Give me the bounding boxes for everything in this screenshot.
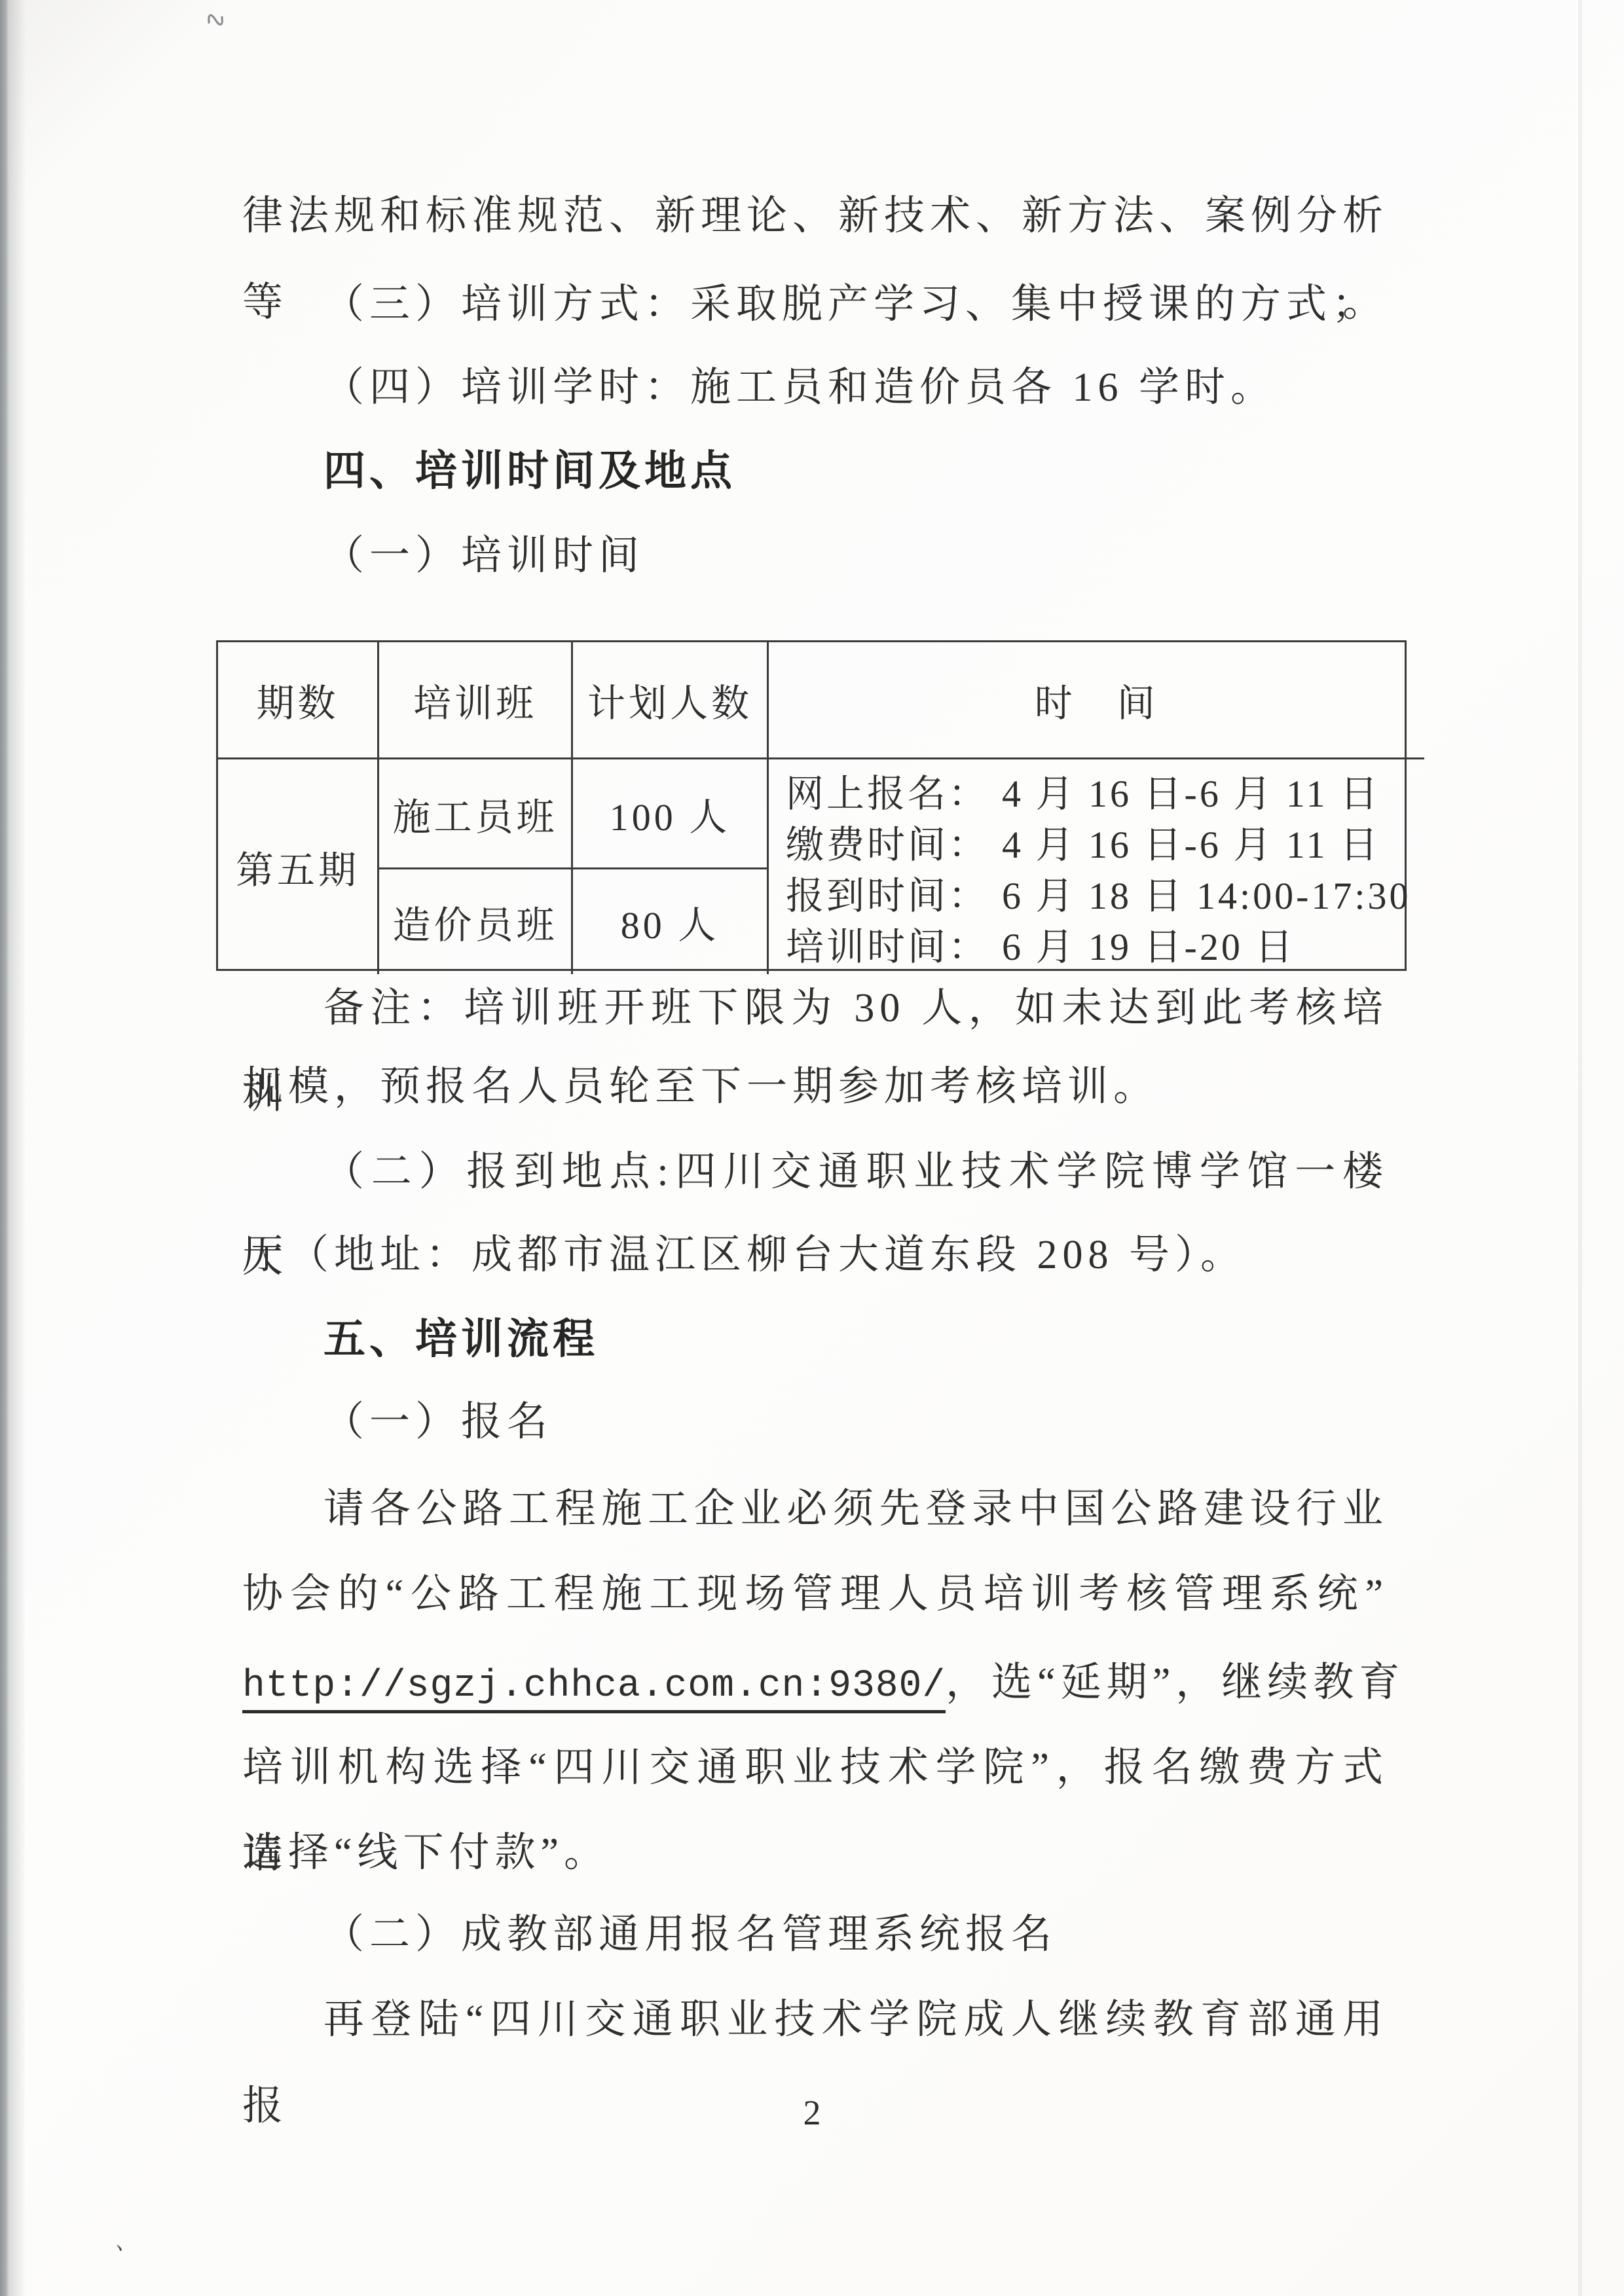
page-number: 2 — [0, 2092, 1624, 2133]
scan-streak — [1578, 0, 1582, 2296]
table-header-time: 时 间 — [767, 642, 1424, 757]
schedule-label: 培训时间： — [786, 916, 1002, 971]
table-cell-class-2: 造价员班 — [377, 867, 571, 974]
table-header-period: 期数 — [218, 642, 377, 757]
registration-url: http://sgzj.chhca.com.cn:9380/ — [242, 1665, 946, 1713]
body-line: （三）培训方式：采取脱产学习、集中授课的方式； — [242, 261, 1388, 348]
table-cell-count-2: 80 人 — [571, 867, 767, 974]
table-cell-schedule: 网上报名： 4 月 16 日-6 月 11 日 缴费时间： 4 月 16 日-6… — [767, 757, 1424, 974]
schedule-value: 4 月 16 日-6 月 11 日 — [1002, 763, 1380, 818]
body-line: 协会的“公路工程施工现场管理人员培训考核管理系统” — [242, 1551, 1388, 1637]
table-cell-count-1: 100 人 — [571, 757, 767, 867]
scan-edge-band — [0, 0, 9, 2296]
table-header-count: 计划人数 — [571, 642, 767, 757]
schedule-row: 网上报名： 4 月 16 日-6 月 11 日 — [786, 765, 1411, 816]
table-cell-period: 第五期 — [218, 757, 377, 974]
subsection-label: （二）成教部通用报名管理系统报名 — [242, 1891, 1388, 1978]
schedule-row: 培训时间： 6 月 19 日-20 日 — [786, 918, 1411, 969]
scan-artifact: ∿ — [200, 1, 231, 38]
table-cell-class-1: 施工员班 — [377, 757, 571, 867]
subsection-label: （一）培训时间 — [242, 513, 1388, 599]
schedule-value: 6 月 19 日-20 日 — [1002, 916, 1295, 971]
body-line: （四）培训学时：施工员和造价员各 16 学时。 — [242, 344, 1388, 431]
scan-artifact: 、 — [115, 2223, 141, 2258]
note-line: 规模，预报名人员轮至下一期参加考核培训。 — [242, 1044, 1388, 1130]
scan-edge-shadow — [9, 0, 26, 2296]
body-line: 请各公路工程施工企业必须先登录中国公路建设行业 — [242, 1466, 1388, 1552]
schedule-value: 4 月 16 日-6 月 11 日 — [1002, 814, 1380, 869]
section-heading-4: 四、培训时间及地点 — [242, 428, 1388, 514]
schedule-label: 报到时间： — [786, 865, 1002, 920]
scanned-document-page: ∿ 、 律法规和标准规范、新理论、新技术、新方法、案例分析等。 （三）培训方式：… — [0, 0, 1624, 2296]
training-schedule-table: 期数 培训班 计划人数 时 间 第五期 施工员班 100 人 网上报名： 4 月… — [216, 640, 1407, 971]
schedule-row: 缴费时间： 4 月 16 日-6 月 11 日 — [786, 816, 1411, 867]
schedule-value: 6 月 18 日 14:00-17:30 — [1002, 865, 1411, 920]
body-line: 选择“线下付款”。 — [242, 1810, 1388, 1896]
section-heading-5: 五、培训流程 — [242, 1296, 1388, 1382]
table-header-class: 培训班 — [377, 642, 571, 757]
schedule-label: 缴费时间： — [786, 814, 1002, 869]
schedule-label: 网上报名： — [786, 763, 1002, 818]
schedule-row: 报到时间： 6 月 18 日 14:00-17:30 — [786, 867, 1411, 918]
body-line: 厅（地址：成都市温江区柳台大道东段 208 号）。 — [242, 1212, 1388, 1298]
body-line-url: http://sgzj.chhca.com.cn:9380/，选“延期”，继续教… — [242, 1639, 1388, 1730]
subsection-label: （一）报名 — [242, 1379, 1388, 1465]
url-line-rest: ，选“延期”，继续教育 — [946, 1660, 1405, 1705]
